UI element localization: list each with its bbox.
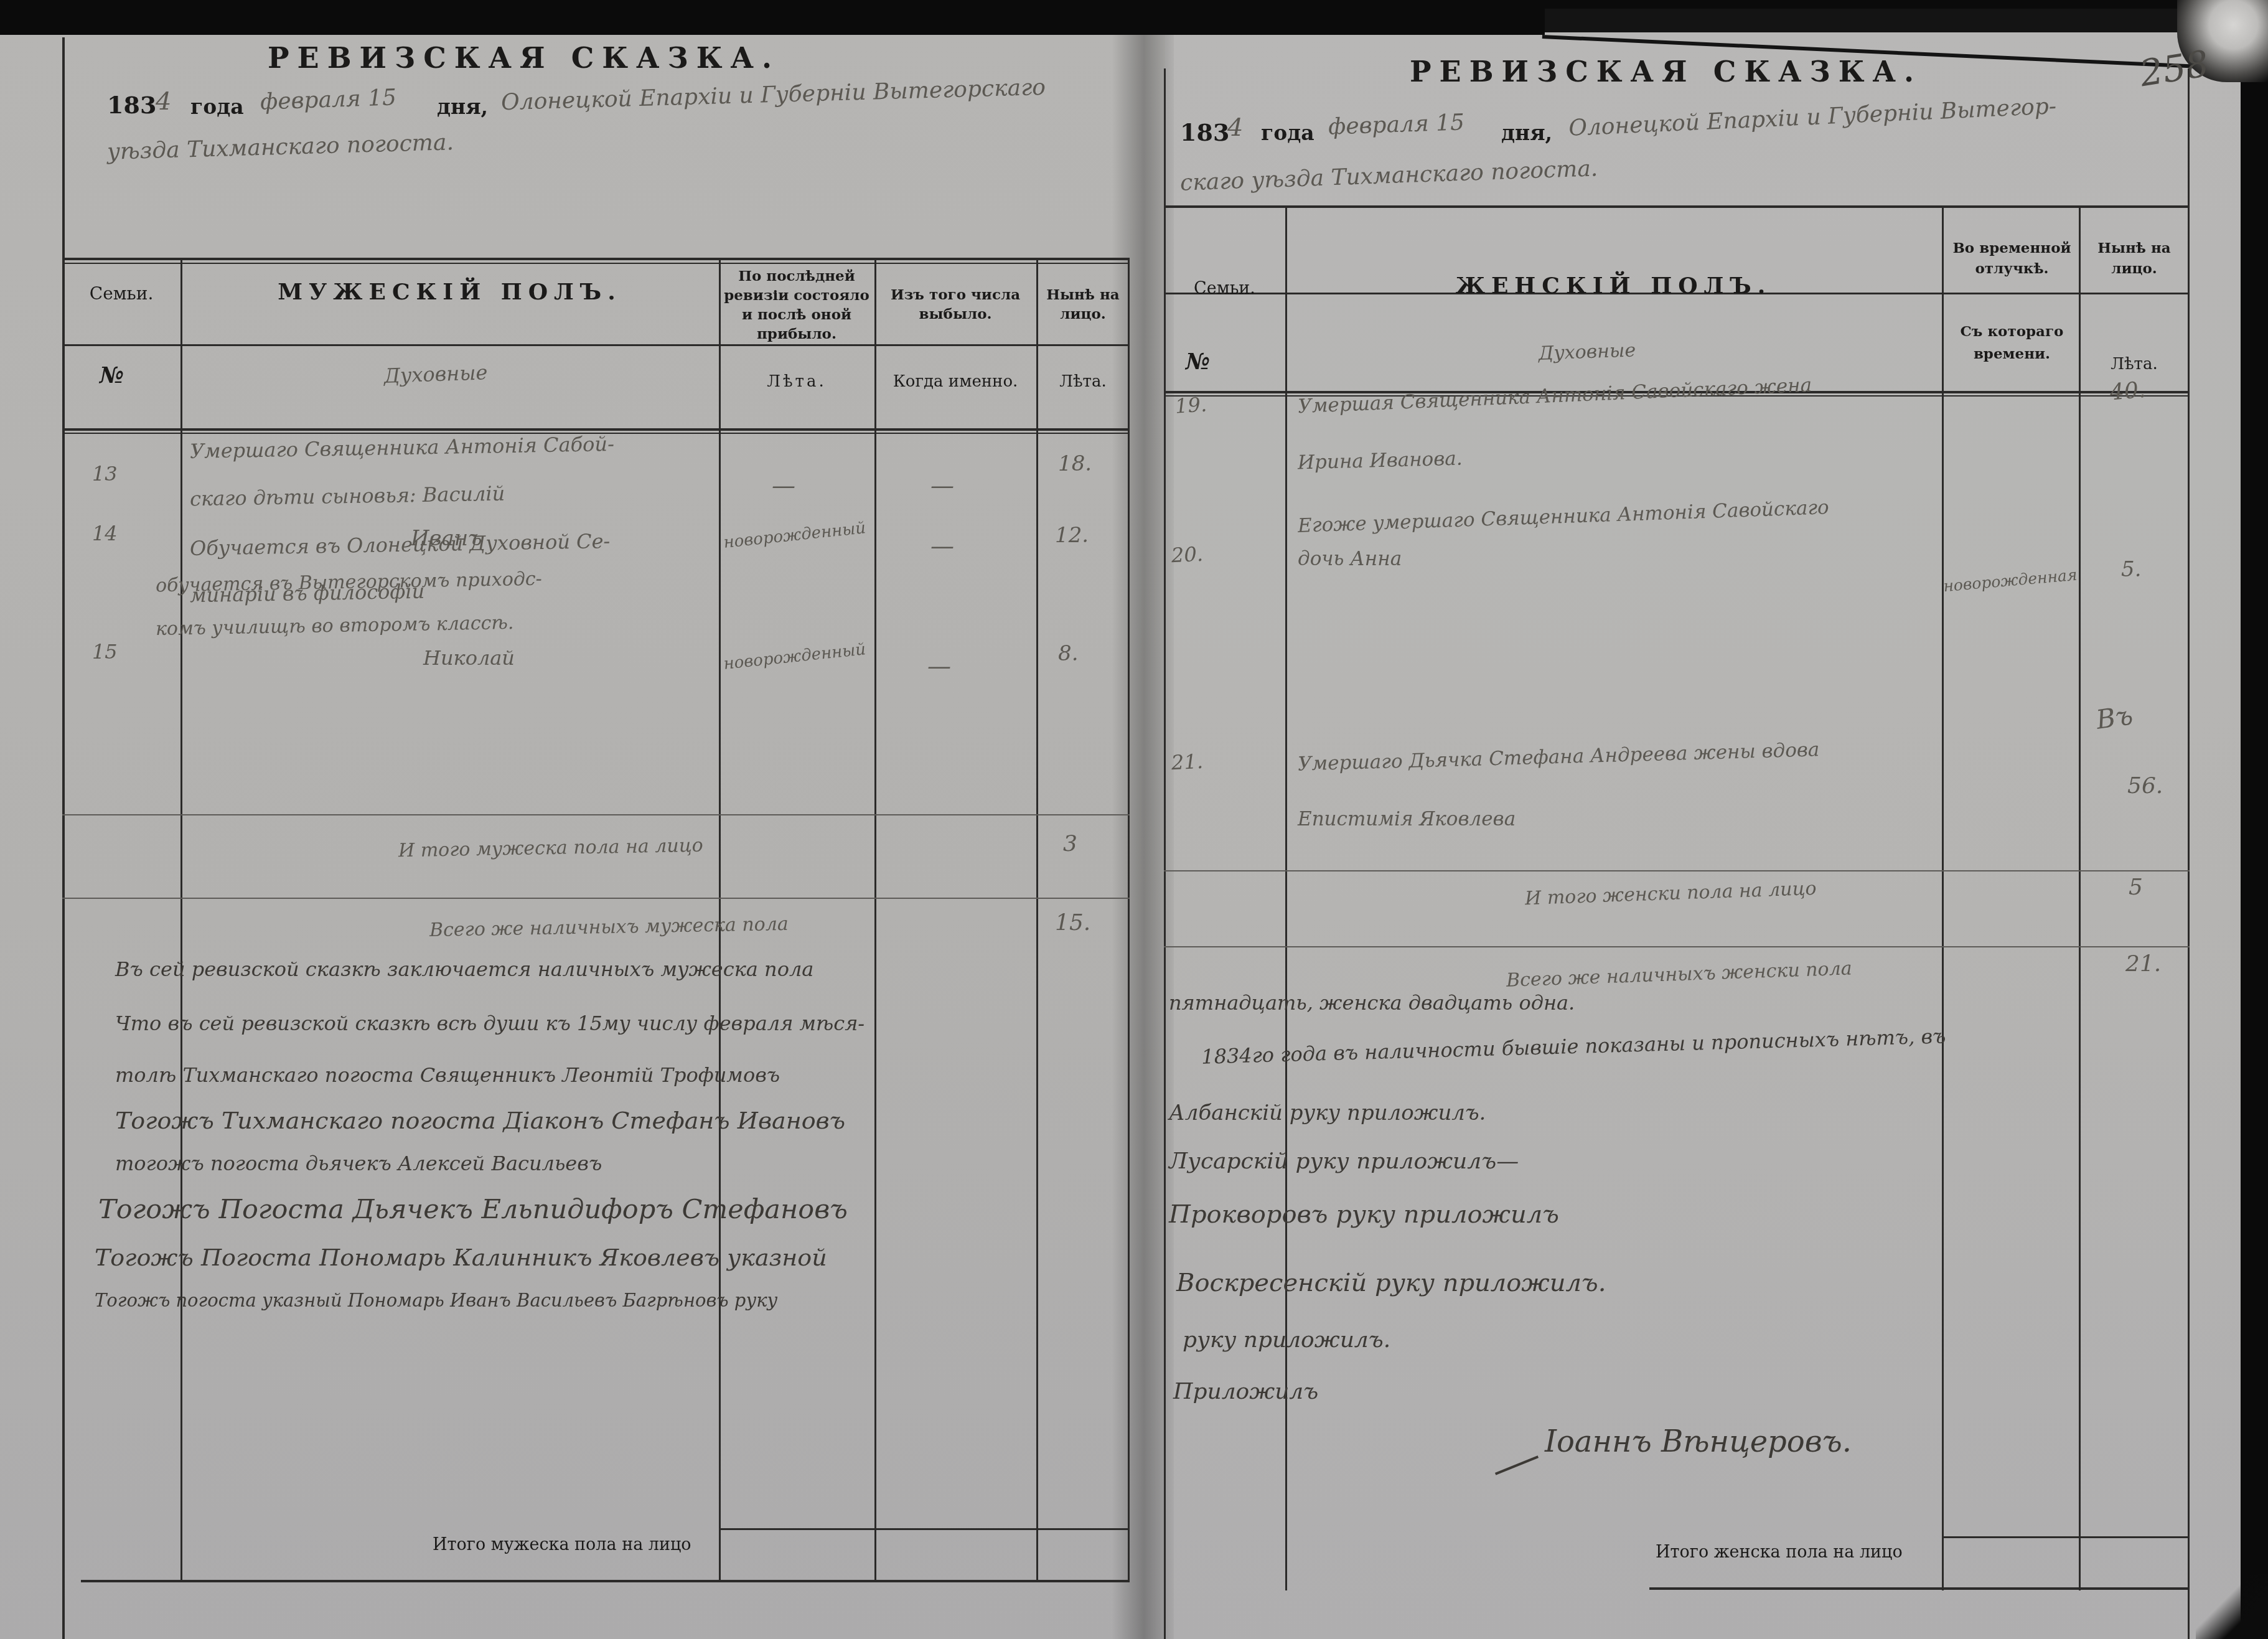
left-header-last-revision: По послѣдней ревизіи состояло и послѣ он… <box>722 266 871 344</box>
right-paragraph-3: Албанскій руку приложилъ. <box>1169 1101 1486 1125</box>
signature: Іоаннъ Вѣнцеровъ. <box>1545 1424 1852 1459</box>
right-paragraph-6: Воскресенскій руку приложилъ. <box>1176 1269 1606 1297</box>
row-20-line-2: дочь Анна <box>1298 548 1402 570</box>
right-table-right-border <box>2188 68 2190 1639</box>
row-14-age-now: 12. <box>1055 523 1089 548</box>
right-col-line-2 <box>1942 205 1944 1590</box>
document-scan: РЕВИЗСКАЯ СКАЗКА. 183 4 года февраля 15 … <box>0 0 2268 1639</box>
right-total-1-value: 5 <box>2129 875 2143 900</box>
right-page-margin-line <box>1164 68 1166 1639</box>
right-header-family: Семьи. <box>1164 279 1285 298</box>
scan-black-corner-bottom-right <box>2196 1574 2268 1639</box>
right-table-top-border <box>1164 205 2190 208</box>
left-subheader-no: № <box>100 362 124 388</box>
left-date-day-label: дня, <box>437 95 488 119</box>
row-21-mark: Въ <box>2094 700 2135 735</box>
right-date-day-label: дня, <box>1501 121 1552 145</box>
left-total-divider-2 <box>62 898 1130 899</box>
row-21-age-now: 56. <box>2127 773 2163 799</box>
left-date-year-printed: 183 <box>107 91 156 119</box>
right-paragraph-1: пятнадцать, женска двадцать одна. <box>1169 991 1575 1015</box>
right-paragraph-4: Лусарскій руку приложилъ— <box>1169 1148 1519 1174</box>
left-paragraph-4: Тогожъ Тихманскаго погоста Діаконъ Стефа… <box>115 1107 845 1134</box>
left-page-title: РЕВИЗСКАЯ СКАЗКА. <box>268 41 728 75</box>
left-paragraph-8: Тогожъ погоста указный Пономарь Иванъ Ва… <box>95 1290 777 1311</box>
left-table-top-border-2 <box>62 263 1130 264</box>
right-total-divider-1 <box>1164 870 2190 871</box>
row-13-dash-revision: — <box>772 472 795 499</box>
right-date-year-hand: 4 <box>1227 113 1243 142</box>
left-header-departed: Изъ того числа выбыло. <box>878 285 1033 324</box>
scan-black-edge-right <box>2241 0 2268 1639</box>
row-15-name: Николай <box>423 646 515 670</box>
scan-black-edge-top-thin <box>0 0 2268 9</box>
left-subheader-when: Когда именно. <box>878 372 1033 391</box>
right-total-divider-2 <box>1164 946 2190 947</box>
row-20-no: 20. <box>1171 542 1204 568</box>
right-date-month-day: февраля 15 <box>1328 110 1464 140</box>
right-paragraph-7: руку приложилъ. <box>1183 1327 1390 1353</box>
right-footer-label: Итого женска пола на лицо <box>1656 1543 1903 1562</box>
left-page-margin-line <box>62 37 65 1639</box>
left-total-1-value: 3 <box>1063 831 1077 857</box>
row-14-dash-departed: — <box>930 532 954 560</box>
left-date-year-label: года <box>190 95 244 119</box>
right-subheader-since: Съ котораго времени. <box>1945 321 2079 365</box>
row-15-dash-departed: — <box>927 652 951 680</box>
left-paragraph-5: тогожъ погоста дьячекъ Алексей Васильевъ <box>115 1152 602 1175</box>
right-col-line-3 <box>2079 205 2081 1590</box>
left-subheader-years-1: Лѣта. <box>722 372 871 391</box>
row-21-line-2: Епистимія Яковлева <box>1298 808 1516 830</box>
left-footer-label: Итого мужеска пола на лицо <box>433 1535 691 1554</box>
left-paragraph-1: Въ сей ревизской сказкѣ заключается нали… <box>115 957 813 981</box>
left-paragraph-2: Что въ сей ревизской сказкѣ всѣ души къ … <box>115 1012 865 1035</box>
left-footer-top-line <box>719 1528 1130 1530</box>
row-15-no: 15 <box>92 640 118 664</box>
left-subheader-divider <box>62 428 1130 431</box>
right-table-bottom-border <box>1649 1587 2188 1590</box>
right-paragraph-8: Приложилъ <box>1173 1379 1318 1404</box>
right-footer-top-line <box>1942 1536 2190 1538</box>
right-header-present: Нынѣ на лицо. <box>2082 238 2186 279</box>
row-13-age-now: 18. <box>1058 451 1092 476</box>
left-header-present: Нынѣ на лицо. <box>1038 285 1128 324</box>
right-total-2-value: 21. <box>2125 951 2161 977</box>
left-total-2-value: 15. <box>1055 910 1090 936</box>
row-21-no: 21. <box>1171 749 1204 775</box>
right-date-year-label: года <box>1261 121 1314 145</box>
left-col-line-3 <box>874 260 876 1581</box>
right-header-absence: Во временной отлучкѣ. <box>1945 238 2079 279</box>
row-14-no: 14 <box>92 522 118 545</box>
left-table-right-border <box>1128 260 1130 1581</box>
row-19-no: 19. <box>1174 392 1207 418</box>
row-14-name: Иванъ <box>411 526 482 551</box>
right-header-female-sex: ЖЕНСКІЙ ПОЛЪ. <box>1285 273 1942 299</box>
row-13-no: 13 <box>92 462 118 486</box>
right-paragraph-5: Прокворовъ руку приложилъ <box>1169 1200 1559 1229</box>
right-date-year-printed: 183 <box>1180 118 1229 146</box>
left-total-divider-1 <box>62 814 1130 815</box>
left-table-top-border <box>62 258 1130 260</box>
left-subheader-years-2: Лѣта. <box>1038 372 1128 391</box>
row-20-age-now: 5. <box>2121 557 2141 582</box>
left-paragraph-6: Тогожъ Погоста Дьячекъ Ельпидифоръ Стефа… <box>98 1194 848 1225</box>
left-paragraph-3: толѣ Тихманскаго погоста Священникъ Леон… <box>115 1063 780 1087</box>
row-19-age-now: 40. <box>2109 377 2147 406</box>
left-col-line-4 <box>1036 260 1038 1581</box>
left-table-bottom-border <box>81 1580 1130 1582</box>
right-subheader-no: № <box>1186 349 1210 375</box>
row-15-age-now: 8. <box>1058 641 1078 666</box>
left-date-year-hand: 4 <box>156 87 171 116</box>
row-19-line-2: Ирина Иванова. <box>1298 448 1463 474</box>
left-header-divider <box>62 344 1130 346</box>
left-paragraph-7: Тогожъ Погоста Пономарь Калинникъ Яковле… <box>95 1244 827 1271</box>
left-header-male-sex: МУЖЕСКІЙ ПОЛЪ. <box>180 279 719 305</box>
left-header-family: Семьи. <box>62 283 180 304</box>
left-date-month-day: февраля 15 <box>260 85 396 115</box>
right-subheader-years: Лѣта. <box>2082 355 2186 373</box>
left-col-line-1 <box>180 260 182 1581</box>
right-page-title: РЕВИЗСКАЯ СКАЗКА. <box>1410 55 1870 88</box>
row-13-dash-departed: — <box>930 472 954 499</box>
